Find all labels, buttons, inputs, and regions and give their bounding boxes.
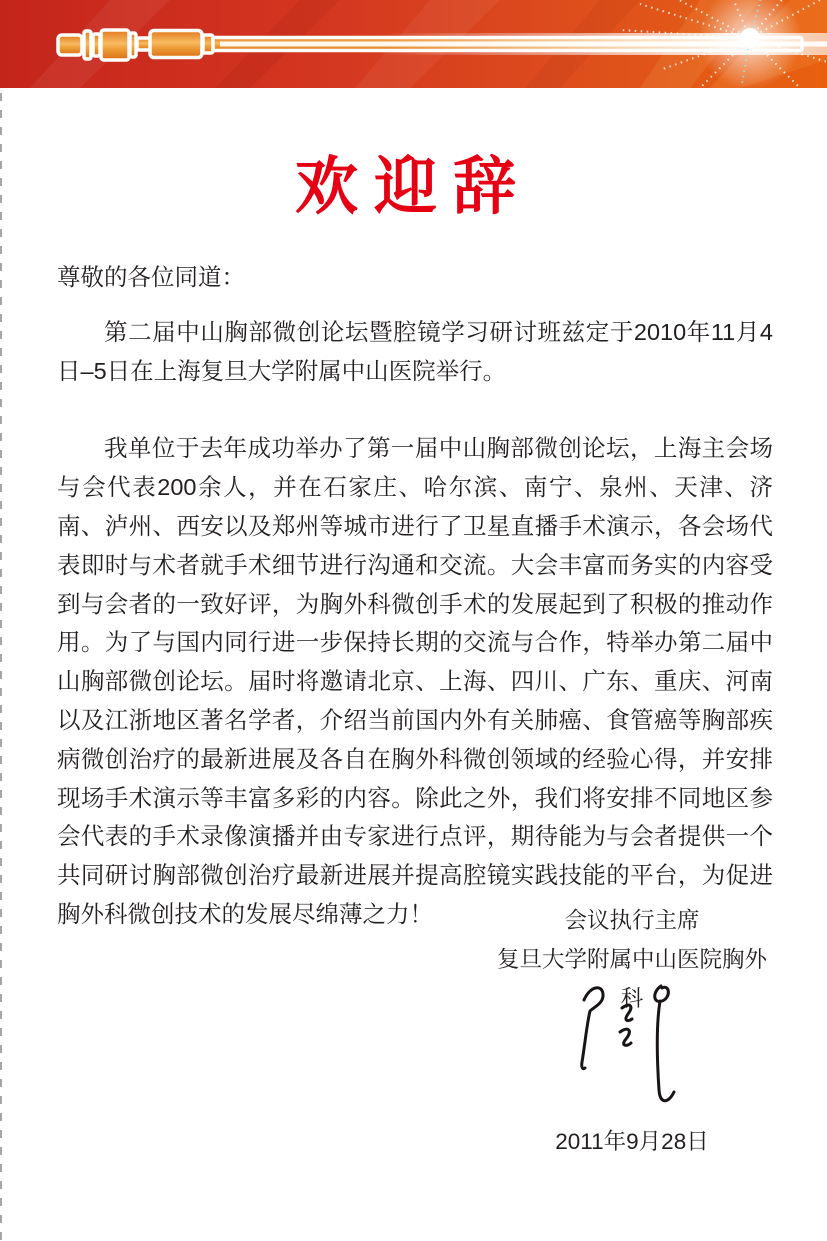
signature-handwriting [556, 978, 706, 1126]
page-title: 欢迎辞 [0, 136, 827, 227]
left-trim-dashed-line [0, 93, 2, 1241]
salutation: 尊敬的各位同道： [57, 258, 773, 297]
letter-paragraph: 我单位于去年成功举办了第一届中山胸部微创论坛，上海主会场与会代表200余人，并在… [57, 429, 773, 933]
letter-body: 尊敬的各位同道： 第二届中山胸部微创论坛暨腔镜学习研讨班兹定于2010年11月4… [57, 258, 773, 934]
letter-page: 欢迎辞 尊敬的各位同道： 第二届中山胸部微创论坛暨腔镜学习研讨班兹定于2010年… [0, 0, 827, 1241]
letter-date: 2011年9月28日 [487, 1124, 777, 1156]
top-banner [0, 0, 827, 88]
signoff-role: 会议执行主席 [487, 901, 777, 940]
letter-paragraph: 第二届中山胸部微创论坛暨腔镜学习研讨班兹定于2010年11月4日–5日在上海复旦… [57, 313, 773, 391]
endoscope-banner-icon [0, 0, 827, 88]
